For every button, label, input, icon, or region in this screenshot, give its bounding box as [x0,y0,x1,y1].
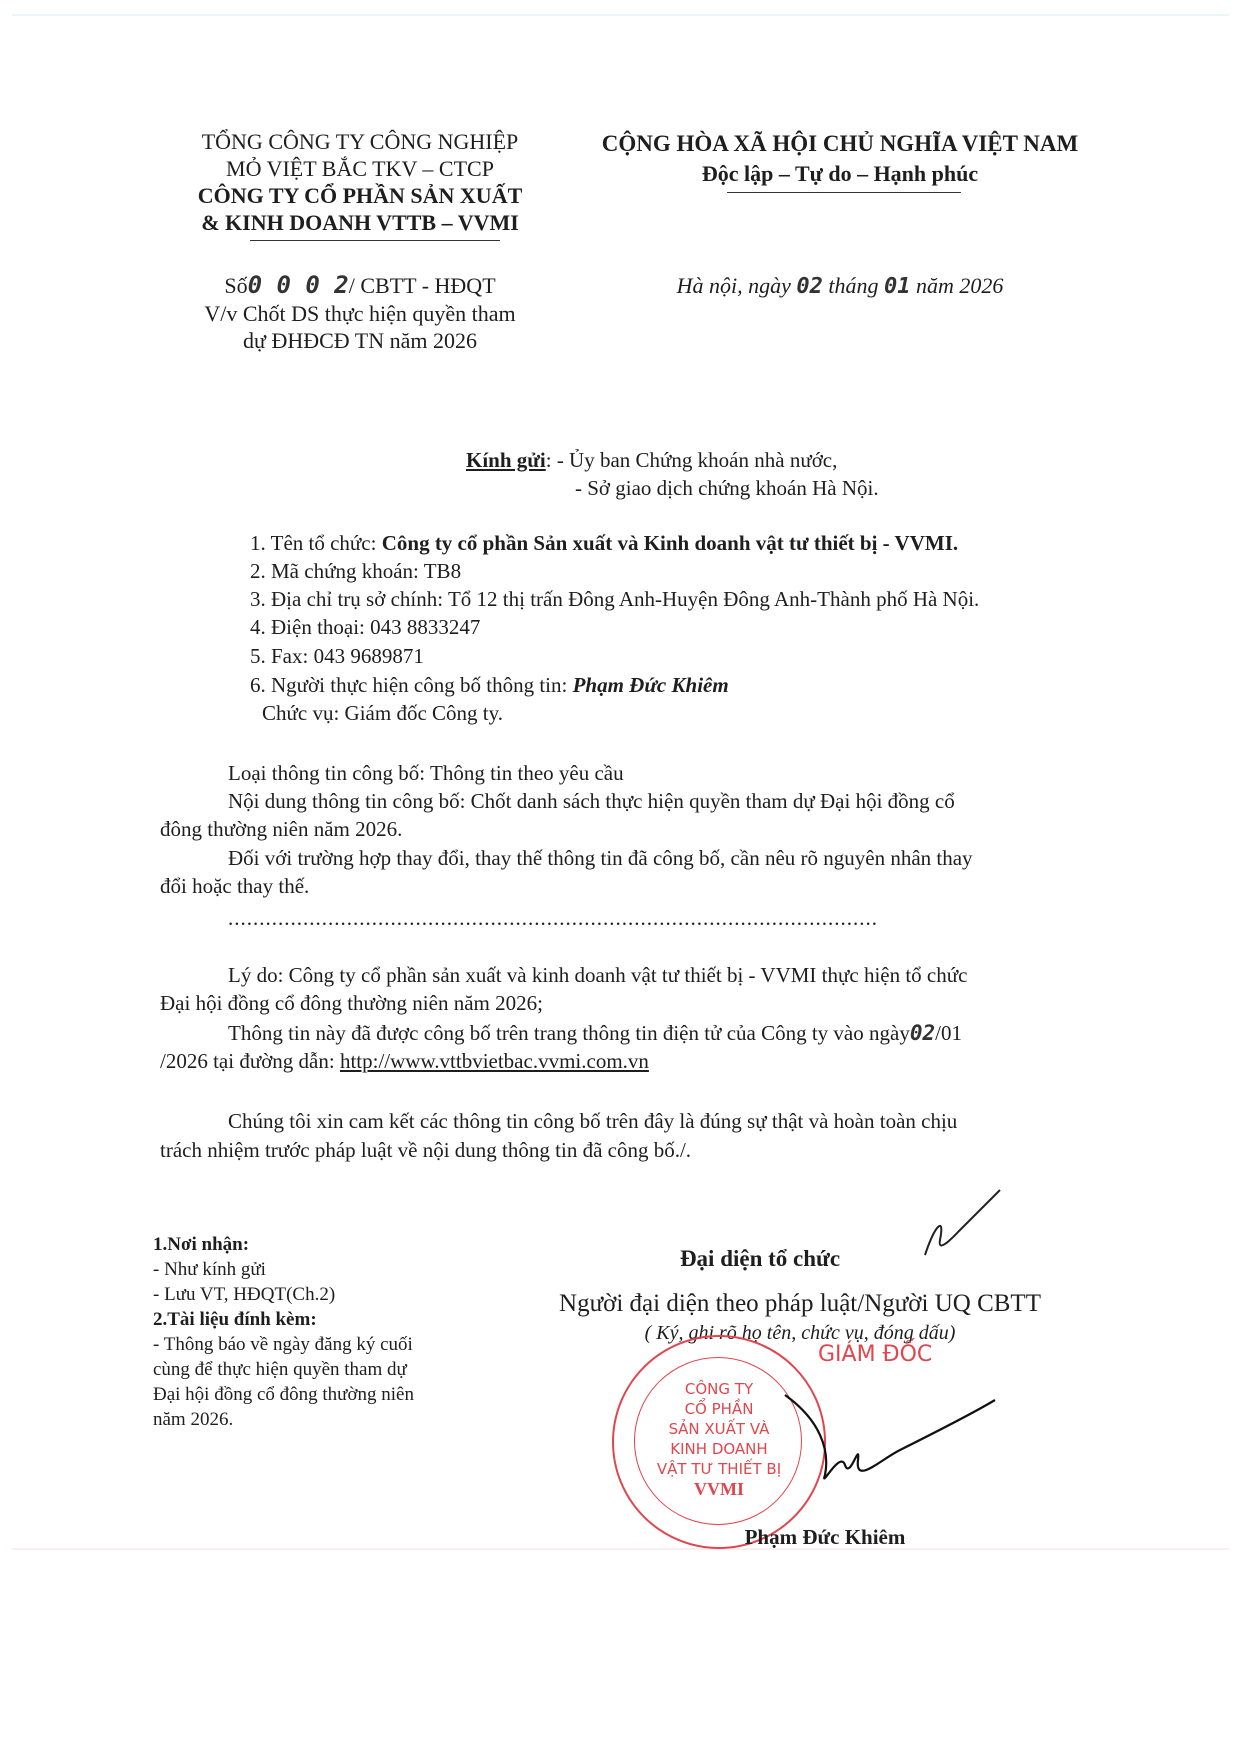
scan-artifact [12,14,1229,16]
recipients-block: Kính gửi: - Ủy ban Chứng khoán nhà nước, [466,447,837,474]
signature-icon [780,1390,1000,1500]
reason-line-1: Lý do: Công ty cổ phần sản xuất và kinh … [228,962,967,989]
subject-line-2: dự ĐHĐCĐ TN năm 2026 [160,327,560,354]
signature-title: Đại diện tổ chức [560,1246,960,1272]
info-label: 3. Địa chỉ trụ sở chính: [250,587,448,611]
company-name-line-2: & KINH DOANH VTTB – VVMI [160,209,560,236]
recipients-label: Kính gửi [466,448,546,472]
recipients-heading: 1.Nơi nhận: [153,1232,414,1257]
info-label: 4. Điện thoại: [250,615,370,639]
initial-signature-icon [915,1185,1005,1265]
document-number: Số0 0 0 2/ CBTT - HĐQT [160,272,560,299]
national-motto: Độc lập – Tự do – Hạnh phúc [565,160,1115,187]
info-label: 2. Mã chứng khoán: [250,559,424,583]
signatory-name: Phạm Đức Khiêm [700,1525,950,1550]
info-disclosure-person: 6. Người thực hiện công bố thông tin: Ph… [250,672,729,699]
date-month-label: tháng [828,273,878,298]
published-day: 02 [910,1021,935,1045]
date-month: 01 [884,274,911,299]
info-org-name: 1. Tên tổ chức: Công ty cổ phần Sản xuất… [250,530,958,557]
published-line-1: Thông tin này đã được công bố trên trang… [228,1020,962,1047]
info-content-line-1: Nội dung thông tin công bố: Chốt danh sá… [228,788,955,815]
info-content-line-2: đông thường niên năm 2026. [160,816,402,843]
signature-role: Người đại diện theo pháp luật/Người UQ C… [500,1290,1100,1318]
info-position: Chức vụ: Giám đốc Công ty. [262,700,503,727]
parent-company-line-1: TỔNG CÔNG TY CÔNG NGHIỆP [160,128,560,155]
doc-number-suffix: / CBTT - HĐQT [349,273,496,298]
attachments-heading: 2.Tài liệu đính kèm: [153,1307,414,1332]
distribution-item: - Lưu VT, HĐQT(Ch.2) [153,1282,414,1307]
reason-line-2: Đại hội đồng cổ đông thường niên năm 202… [160,990,543,1017]
scan-artifact [12,1548,1229,1550]
info-value: 043 9689871 [314,644,424,668]
info-value: TB8 [424,559,461,583]
change-note-line-2: đổi hoặc thay thế. [160,873,309,900]
subject-line-1: V/v Chốt DS thực hiện quyền tham [160,300,560,327]
parent-company-line-2: MỎ VIỆT BẮC TKV – CTCP [160,155,560,182]
position-stamp: GIÁM ĐỐC [818,1342,932,1367]
signature-instruction: ( Ký, ghi rõ họ tên, chức vụ, đóng dấu) [560,1322,1040,1345]
attachment-item: năm 2026. [153,1407,414,1432]
company-website-link[interactable]: http://www.vttbvietbac.vvmi.com.vn [340,1049,649,1073]
commitment-line-1: Chúng tôi xin cam kết các thông tin công… [228,1108,957,1135]
recipient-item: - Sở giao dịch chứng khoán Hà Nội. [575,475,879,502]
date-prefix: Hà nội, ngày [677,273,791,298]
info-fax: 5. Fax: 043 9689871 [250,643,424,670]
attachment-item: - Thông báo về ngày đăng ký cuối [153,1332,414,1357]
published-line-2: /2026 tại đường dẫn: http://www.vttbviet… [160,1048,649,1075]
distribution-block: 1.Nơi nhận: - Như kính gửi - Lưu VT, HĐQ… [153,1232,414,1432]
date-year: năm 2026 [916,273,1003,298]
dotted-separator: ........................................… [228,905,878,932]
motto-underline [727,192,961,193]
info-label: 6. Người thực hiện công bố thông tin: [250,673,573,697]
info-value: 043 8833247 [370,615,480,639]
published-prefix: /2026 tại đường dẫn: [160,1049,340,1073]
attachment-item: cùng để thực hiện quyền tham dự [153,1357,414,1382]
info-label: Chức vụ: [262,701,345,725]
commitment-line-2: trách nhiệm trước pháp luật về nội dung … [160,1137,691,1164]
info-value: Giám đốc Công ty. [345,701,503,725]
info-label: 1. Tên tổ chức: [250,531,382,555]
doc-number-handwritten: 0 0 0 2 [248,271,349,299]
distribution-item: - Như kính gửi [153,1257,414,1282]
company-name-line-1: CÔNG TY CỔ PHẦN SẢN XUẤT [160,182,560,209]
nation-title: CỘNG HÒA XÃ HỘI CHỦ NGHĨA VIỆT NAM [565,130,1115,157]
header-left-underline [250,240,500,241]
info-value: Công ty cổ phần Sản xuất và Kinh doanh v… [382,531,958,555]
doc-number-prefix: Số [224,273,247,298]
info-phone: 4. Điện thoại: 043 8833247 [250,614,480,641]
document-date: Hà nội, ngày 02 tháng 01 năm 2026 [565,272,1115,300]
date-day: 02 [796,274,823,299]
info-type: Loại thông tin công bố: Thông tin theo y… [228,760,624,787]
change-note-line-1: Đối với trường hợp thay đổi, thay thế th… [228,845,973,872]
published-month: /01 [935,1021,962,1045]
published-text: Thông tin này đã được công bố trên trang… [228,1021,910,1045]
attachment-item: Đại hội đồng cổ đông thường niên [153,1382,414,1407]
info-value: Phạm Đức Khiêm [573,673,729,697]
info-label: 5. Fax: [250,644,314,668]
info-stock-code: 2. Mã chứng khoán: TB8 [250,558,461,585]
info-value: Tổ 12 thị trấn Đông Anh-Huyện Đông Anh-T… [448,587,979,611]
recipient-item: - Ủy ban Chứng khoán nhà nước, [557,448,838,472]
info-address: 3. Địa chỉ trụ sở chính: Tổ 12 thị trấn … [250,586,979,613]
